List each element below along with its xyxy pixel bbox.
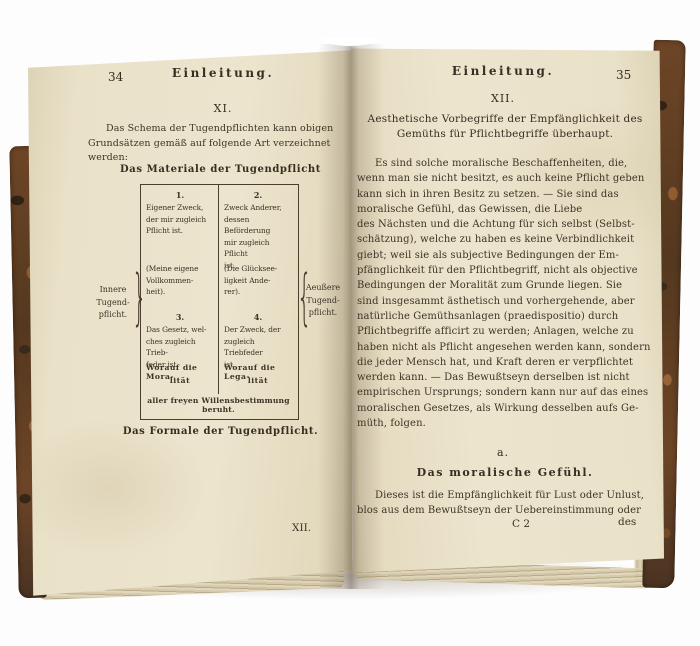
signature-mark: C 2: [512, 518, 530, 530]
intro-paragraph: Das Schema der Tugendpflichten kann obig…: [88, 122, 350, 166]
section-number-right: XII.: [428, 92, 578, 105]
page-number-left: 34: [108, 70, 123, 84]
page-number-right: 35: [616, 68, 631, 82]
right-brace: {: [297, 261, 312, 332]
left-brace: }: [132, 261, 147, 332]
cell1-number: 1.: [146, 190, 214, 200]
main-paragraph: Es sind solche moralische Beschaffenheit…: [357, 156, 655, 431]
catchword-left: XII.: [292, 522, 311, 534]
cell1-text: Eigener Zweck, der mir zugleich Pflicht …: [146, 202, 216, 237]
running-header-right: Einleitung.: [428, 64, 578, 78]
table-title: Das Materiale der Tugendpflicht: [118, 164, 323, 175]
cell2-text: Zweck Anderer, dessen Beförderung mir zu…: [224, 202, 294, 271]
duty-table-divider: [218, 184, 219, 394]
cell2-number: 2.: [224, 190, 292, 200]
left-side-label: Innere Tugend- pflicht.: [92, 284, 134, 322]
cell3-emphasis-cont: lität: [146, 376, 214, 385]
cell4-emphasis-cont: lität: [224, 376, 292, 385]
spine-top-notch: [300, 38, 400, 56]
cell3-number: 3.: [146, 312, 214, 322]
subsection-number: a.: [428, 446, 578, 459]
section-number-left: XI.: [148, 102, 298, 115]
section-title: Aesthetische Vorbegriffe der Empfänglich…: [355, 112, 655, 142]
table-span-line: aller freyen Willensbestimmung beruht.: [142, 396, 295, 414]
catchword-right: des: [618, 516, 636, 528]
cell4-number: 4.: [224, 312, 292, 322]
book-photo: 34 Einleitung. XI. Das Schema der Tugend…: [0, 0, 700, 646]
running-header-left: Einleitung.: [148, 66, 298, 80]
table-caption: Das Formale der Tugendpflicht.: [118, 426, 323, 437]
cell1-paren: (Meine eigene Vollkommen- heit).: [146, 263, 216, 298]
subsection-title: Das moralische Gefühl.: [380, 466, 630, 479]
subsection-paragraph: Dieses ist die Empfänglichkeit für Lust …: [357, 488, 655, 519]
cell2-paren: (Die Glücksee- ligkeit Ande- rer).: [224, 263, 294, 298]
